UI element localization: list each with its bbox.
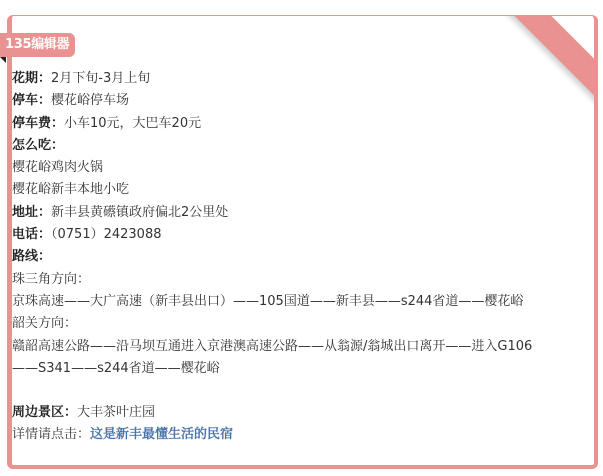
nearby-value: 大丰茶叶庄园 <box>77 405 155 420</box>
address-value: 新丰县黄礤镇政府偏北2公里处 <box>51 205 228 220</box>
parking-fee-label: 停车费： <box>12 116 64 131</box>
editor-badge: 135编辑器 <box>0 33 75 57</box>
food-item: 樱花峪新丰本地小吃 <box>12 179 532 201</box>
address-row: 地址：新丰县黄礤镇政府偏北2公里处 <box>12 202 532 224</box>
parking-row: 停车：樱花峪停车场 <box>12 90 532 112</box>
parking-label: 停车： <box>12 93 51 108</box>
phone-row: 电话：（0751）2423088 <box>12 224 532 246</box>
route-label: 路线： <box>12 249 51 264</box>
details-row: 详情请点击：这是新丰最懂生活的民宿 <box>12 424 532 446</box>
details-link[interactable]: 这是新丰最懂生活的民宿 <box>90 427 233 442</box>
parking-fee-row: 停车费：小车10元，大巴车20元 <box>12 113 532 135</box>
food-label: 怎么吃： <box>12 138 64 153</box>
card-content: 花期：2月下旬-3月上旬 停车：樱花峪停车场 停车费：小车10元，大巴车20元 … <box>12 68 532 447</box>
flower-period-row: 花期：2月下旬-3月上旬 <box>12 68 532 90</box>
parking-value: 樱花峪停车场 <box>51 93 129 108</box>
food-item: 樱花峪鸡肉火锅 <box>12 157 532 179</box>
details-label: 详情请点击： <box>12 427 90 442</box>
badge-fold-triangle <box>0 57 6 63</box>
shaoguan-route-line2: ——S341——s244省道——樱花峪 <box>12 358 532 380</box>
parking-fee-value: 小车10元，大巴车20元 <box>64 116 201 131</box>
nearby-label: 周边景区： <box>12 405 77 420</box>
pearl-delta-route: 京珠高速——大广高速（新丰县出口）——105国道——新丰县——s244省道——樱… <box>12 291 532 313</box>
shaoguan-heading: 韶关方向： <box>12 313 532 335</box>
phone-value: （0751）2423088 <box>51 227 161 242</box>
nearby-row: 周边景区：大丰茶叶庄园 <box>12 402 532 424</box>
phone-label: 电话： <box>12 227 51 242</box>
route-row: 路线： <box>12 246 532 268</box>
flower-period-label: 花期： <box>12 71 51 86</box>
pearl-delta-heading: 珠三角方向： <box>12 269 532 291</box>
food-row: 怎么吃： <box>12 135 532 157</box>
spacer <box>12 380 532 402</box>
address-label: 地址： <box>12 205 51 220</box>
shaoguan-route-line1: 赣韶高速公路——沿马坝互通进入京港澳高速公路——从翁源/翁城出口离开——进入G1… <box>12 336 532 358</box>
flower-period-value: 2月下旬-3月上旬 <box>51 71 150 86</box>
